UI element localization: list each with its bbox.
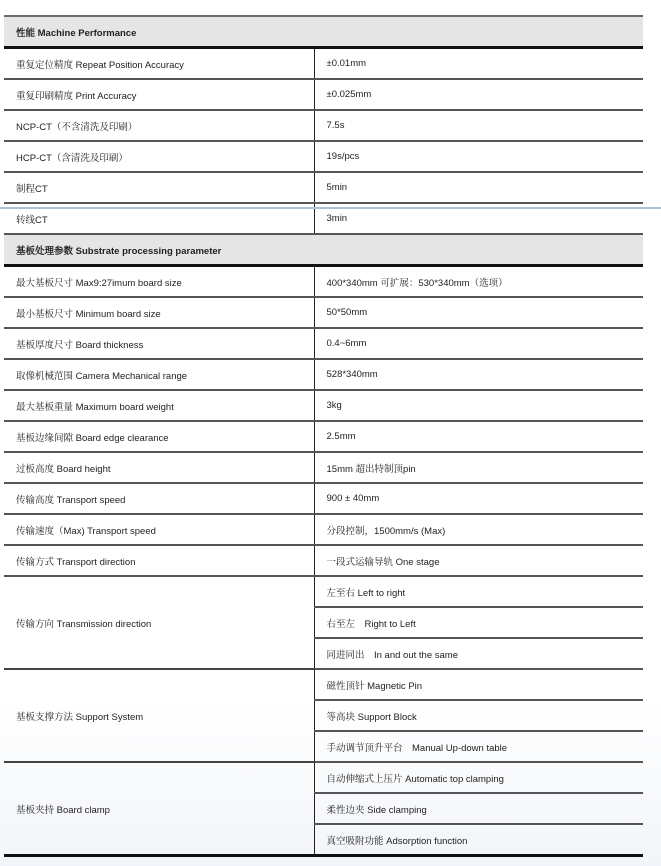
table-row: 传输速度（Max) Transport speed分段控制，1500mm/s (… (4, 514, 643, 545)
spec-value: 手动调节顶升平台 Manual Up-down table (314, 731, 643, 762)
table-row: 重复印刷精度 Print Accuracy±0.025mm (4, 79, 643, 110)
spec-label: 传输方向 Transmission direction (4, 576, 314, 669)
spec-value: 900 ± 40mm (314, 483, 643, 514)
table-row: 传输方式 Transport direction一段式运输导轨 One stag… (4, 545, 643, 576)
spec-label: 最大基板重量 Maximum board weight (4, 390, 314, 421)
table-row: 传输方向 Transmission direction左至右 Left to r… (4, 576, 643, 607)
table-row: 基板夹持 Board clamp自动伸缩式上压片 Automatic top c… (4, 762, 643, 793)
table-row: 基板厚度尺寸 Board thickness0.4~6mm (4, 328, 643, 359)
spec-label: 取像机械范围 Camera Mechanical range (4, 359, 314, 390)
spec-value: ±0.025mm (314, 79, 643, 110)
table-row: 最大基板尺寸 Max9:27imum board size400*340mm 可… (4, 266, 643, 298)
spec-value: 右至左 Right to Left (314, 607, 643, 638)
spec-value: 等高块 Support Block (314, 700, 643, 731)
table-row: NCP-CT（不含清洗及印刷）7.5s (4, 110, 643, 141)
spec-label: 最大基板尺寸 Max9:27imum board size (4, 266, 314, 298)
spec-label: 基板夹持 Board clamp (4, 762, 314, 856)
table-row: 最大基板重量 Maximum board weight3kg (4, 390, 643, 421)
section-title: 基板处理参数 Substrate processing parameter (4, 234, 643, 266)
table-row: 过板高度 Board height15mm 超出特制顶pin (4, 452, 643, 483)
table-row: 取像机械范围 Camera Mechanical range528*340mm (4, 359, 643, 390)
spec-value: 分段控制，1500mm/s (Max) (314, 514, 643, 545)
table-row: HCP-CT（含清洗及印刷）19s/pcs (4, 141, 643, 172)
spec-value: 3kg (314, 390, 643, 421)
spec-label: 传输高度 Transport speed (4, 483, 314, 514)
spec-label: HCP-CT（含清洗及印刷） (4, 141, 314, 172)
spec-value: 左至右 Left to right (314, 576, 643, 607)
spec-value: 50*50mm (314, 297, 643, 328)
spec-label: 传输方式 Transport direction (4, 545, 314, 576)
spec-value: 2.5mm (314, 421, 643, 452)
table-row: 重复定位精度 Repeat Position Accuracy±0.01mm (4, 48, 643, 80)
spec-value: 磁性顶针 Magnetic Pin (314, 669, 643, 700)
spec-label: 重复定位精度 Repeat Position Accuracy (4, 48, 314, 80)
spec-table: 性能 Machine Performance重复定位精度 Repeat Posi… (4, 15, 643, 857)
section-header: 性能 Machine Performance (4, 16, 643, 48)
spec-value: 0.4~6mm (314, 328, 643, 359)
spec-value: 自动伸缩式上压片 Automatic top clamping (314, 762, 643, 793)
spec-value: 同进同出 In and out the same (314, 638, 643, 669)
section-title: 性能 Machine Performance (4, 16, 643, 48)
table-row: 基板支撑方法 Support System磁性顶针 Magnetic Pin (4, 669, 643, 700)
spec-value: 400*340mm 可扩展：530*340mm（选项） (314, 266, 643, 298)
table-row: 最小基板尺寸 Minimum board size50*50mm (4, 297, 643, 328)
table-row: 制程CT5min (4, 172, 643, 203)
spec-value: 7.5s (314, 110, 643, 141)
spec-label: 最小基板尺寸 Minimum board size (4, 297, 314, 328)
spec-label: 基板边缘间隙 Board edge clearance (4, 421, 314, 452)
spec-label: 制程CT (4, 172, 314, 203)
spec-value: ±0.01mm (314, 48, 643, 80)
spec-value: 15mm 超出特制顶pin (314, 452, 643, 483)
section-header: 基板处理参数 Substrate processing parameter (4, 234, 643, 266)
spec-value: 柔性边夹 Side clamping (314, 793, 643, 824)
spec-table-body: 性能 Machine Performance重复定位精度 Repeat Posi… (4, 16, 643, 856)
spec-label: 基板支撑方法 Support System (4, 669, 314, 762)
spec-value: 真空吸附功能 Adsorption function (314, 824, 643, 856)
table-row: 基板边缘间隙 Board edge clearance2.5mm (4, 421, 643, 452)
spec-value: 528*340mm (314, 359, 643, 390)
spec-label: 重复印刷精度 Print Accuracy (4, 79, 314, 110)
spec-value: 一段式运输导轨 One stage (314, 545, 643, 576)
spec-value: 5min (314, 172, 643, 203)
accent-divider-line (0, 207, 661, 209)
spec-label: 过板高度 Board height (4, 452, 314, 483)
spec-value: 19s/pcs (314, 141, 643, 172)
spec-label: NCP-CT（不含清洗及印刷） (4, 110, 314, 141)
spec-label: 传输速度（Max) Transport speed (4, 514, 314, 545)
spec-label: 基板厚度尺寸 Board thickness (4, 328, 314, 359)
table-row: 传输高度 Transport speed900 ± 40mm (4, 483, 643, 514)
